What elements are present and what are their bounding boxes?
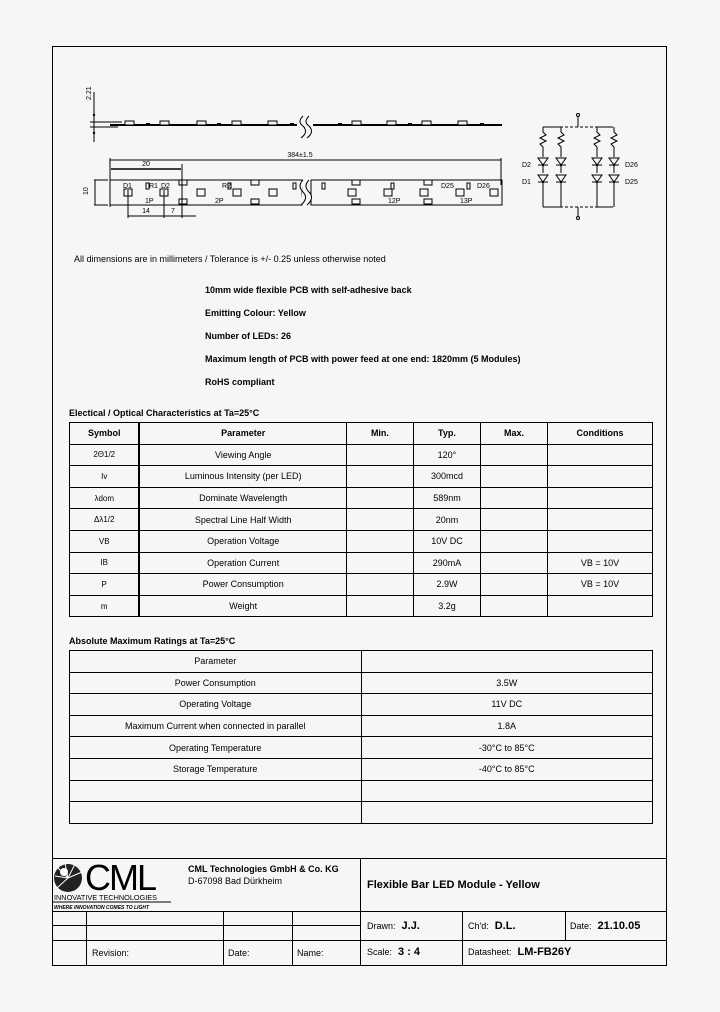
table-cell: [480, 574, 547, 596]
table-cell: 1.8A: [361, 715, 653, 737]
table-cell: [548, 444, 653, 466]
table-row: λdomDominate Wavelength589nm: [70, 487, 653, 509]
table-cell: [346, 466, 413, 488]
logo-subtitle: INNOVATIVE TECHNOLOGIES: [54, 893, 157, 902]
date-field: Date:21.10.05: [570, 920, 640, 932]
table-cell: Storage Temperature: [70, 758, 362, 780]
table-cell: -40°C to 85°C: [361, 758, 653, 780]
table-cell: 3.2g: [413, 595, 480, 617]
table-row: VBOperation Voltage10V DC: [70, 530, 653, 552]
table-cell: 11V DC: [361, 694, 653, 716]
table-cell: [548, 595, 653, 617]
table-cell: Operation Current: [139, 552, 346, 574]
table-cell: Operation Voltage: [139, 530, 346, 552]
table-cell: 2Θ1/2: [70, 444, 140, 466]
circuit-label-d26: D26: [625, 162, 638, 169]
column-header: Parameter: [139, 423, 346, 445]
table-cell: [480, 595, 547, 617]
feature-rohs: RoHS compliant: [205, 377, 275, 387]
logo-tagline: WHERE INNOVATION COMES TO LIGHT: [54, 905, 150, 911]
table-cell: [70, 780, 362, 802]
table-row: mWeight3.2g: [70, 595, 653, 617]
company-address: D-67098 Bad Dürkheim: [188, 876, 282, 886]
table-row: IBOperation Current290mAVB = 10V: [70, 552, 653, 574]
column-header: Conditions: [548, 423, 653, 445]
table-cell: 10V DC: [413, 530, 480, 552]
table-cell: Viewing Angle: [139, 444, 346, 466]
table-cell: [480, 466, 547, 488]
revision-date-label: Date:: [228, 948, 250, 958]
table-cell: 589nm: [413, 487, 480, 509]
column-header: Max.: [480, 423, 547, 445]
table-row: Operating Voltage11V DC: [70, 694, 653, 716]
column-header: [361, 651, 653, 673]
feature-led-count: Number of LEDs: 26: [205, 331, 291, 341]
table-row: Maximum Current when connected in parall…: [70, 715, 653, 737]
table-row: [70, 802, 653, 824]
company-name: CML Technologies GmbH & Co. KG: [188, 864, 339, 874]
table-cell: 2.9W: [413, 574, 480, 596]
table-cell: Luminous Intensity (per LED): [139, 466, 346, 488]
table-row: 2Θ1/2Viewing Angle120°: [70, 444, 653, 466]
column-header: Parameter: [70, 651, 362, 673]
table-cell: [480, 509, 547, 531]
table-cell: Power Consumption: [139, 574, 346, 596]
table-row: Storage Temperature-40°C to 85°C: [70, 758, 653, 780]
table-cell: VB = 10V: [548, 574, 653, 596]
feature-max-length: Maximum length of PCB with power feed at…: [205, 354, 521, 364]
table-cell: Operating Temperature: [70, 737, 362, 759]
drawn-field: Drawn:J.J.: [367, 920, 420, 932]
table-cell: [548, 509, 653, 531]
table-cell: VB: [70, 530, 140, 552]
table-row: [70, 780, 653, 802]
table-row: Operating Temperature-30°C to 85°C: [70, 737, 653, 759]
table-cell: 3.5W: [361, 672, 653, 694]
table-cell: 20nm: [413, 509, 480, 531]
feature-colour: Emitting Colour: Yellow: [205, 308, 306, 318]
table-cell: Weight: [139, 595, 346, 617]
table-cell: 120°: [413, 444, 480, 466]
column-header: Typ.: [413, 423, 480, 445]
table-cell: [70, 802, 362, 824]
table-cell: [346, 552, 413, 574]
table-cell: Power Consumption: [70, 672, 362, 694]
table-cell: [480, 444, 547, 466]
circuit-label-d1: D1: [522, 179, 531, 186]
table-cell: Maximum Current when connected in parall…: [70, 715, 362, 737]
table-cell: [480, 530, 547, 552]
table-row: Power Consumption3.5W: [70, 672, 653, 694]
cml-logo-icon: CML INNOVATIVE TECHNOLOGIES WHERE INNOVA…: [53, 860, 173, 910]
table-cell: -30°C to 85°C: [361, 737, 653, 759]
table-cell: λdom: [70, 487, 140, 509]
table-cell: m: [70, 595, 140, 617]
circuit-label-d25: D25: [625, 179, 638, 186]
circuit-label-d2: D2: [522, 162, 531, 169]
table-cell: VB = 10V: [548, 552, 653, 574]
table-cell: [346, 444, 413, 466]
table-row: Δλ1/2Spectral Line Half Width20nm: [70, 509, 653, 531]
table-cell: [361, 802, 653, 824]
revision-name-label: Name:: [297, 948, 324, 958]
table-cell: [548, 530, 653, 552]
column-header: Min.: [346, 423, 413, 445]
datasheet-field: Datasheet:LM-FB26Y: [468, 946, 571, 958]
electrical-section-title: Electical / Optical Characteristics at T…: [69, 408, 259, 418]
feature-pcb: 10mm wide flexible PCB with self-adhesiv…: [205, 285, 412, 295]
logo-text: CML: [85, 857, 156, 898]
table-cell: P: [70, 574, 140, 596]
dimensions-note: All dimensions are in millimeters / Tole…: [74, 254, 386, 264]
electrical-characteristics-table: SymbolParameterMin.Typ.Max.Conditions 2Θ…: [69, 422, 653, 617]
revision-label: Revision:: [92, 948, 129, 958]
table-cell: [346, 595, 413, 617]
table-cell: 290mA: [413, 552, 480, 574]
table-cell: [346, 487, 413, 509]
absolute-max-section-title: Absolute Maximum Ratings at Ta=25°C: [69, 636, 235, 646]
table-row: PPower Consumption2.9WVB = 10V: [70, 574, 653, 596]
table-cell: Dominate Wavelength: [139, 487, 346, 509]
scale-field: Scale:3 : 4: [367, 946, 420, 958]
table-cell: [548, 466, 653, 488]
table-cell: IB: [70, 552, 140, 574]
checked-field: Ch'd:D.L.: [468, 920, 516, 932]
table-cell: Δλ1/2: [70, 509, 140, 531]
table-cell: [346, 509, 413, 531]
table-cell: 300mcd: [413, 466, 480, 488]
table-cell: [548, 487, 653, 509]
table-cell: [480, 552, 547, 574]
table-cell: Iv: [70, 466, 140, 488]
table-cell: [346, 574, 413, 596]
table-cell: Operating Voltage: [70, 694, 362, 716]
product-title: Flexible Bar LED Module - Yellow: [367, 879, 540, 891]
table-row: IvLuminous Intensity (per LED)300mcd: [70, 466, 653, 488]
table-cell: [361, 780, 653, 802]
table-cell: [480, 487, 547, 509]
absolute-max-ratings-table: Parameter Power Consumption3.5WOperating…: [69, 650, 653, 824]
column-header: Symbol: [70, 423, 140, 445]
table-cell: [346, 530, 413, 552]
table-cell: Spectral Line Half Width: [139, 509, 346, 531]
